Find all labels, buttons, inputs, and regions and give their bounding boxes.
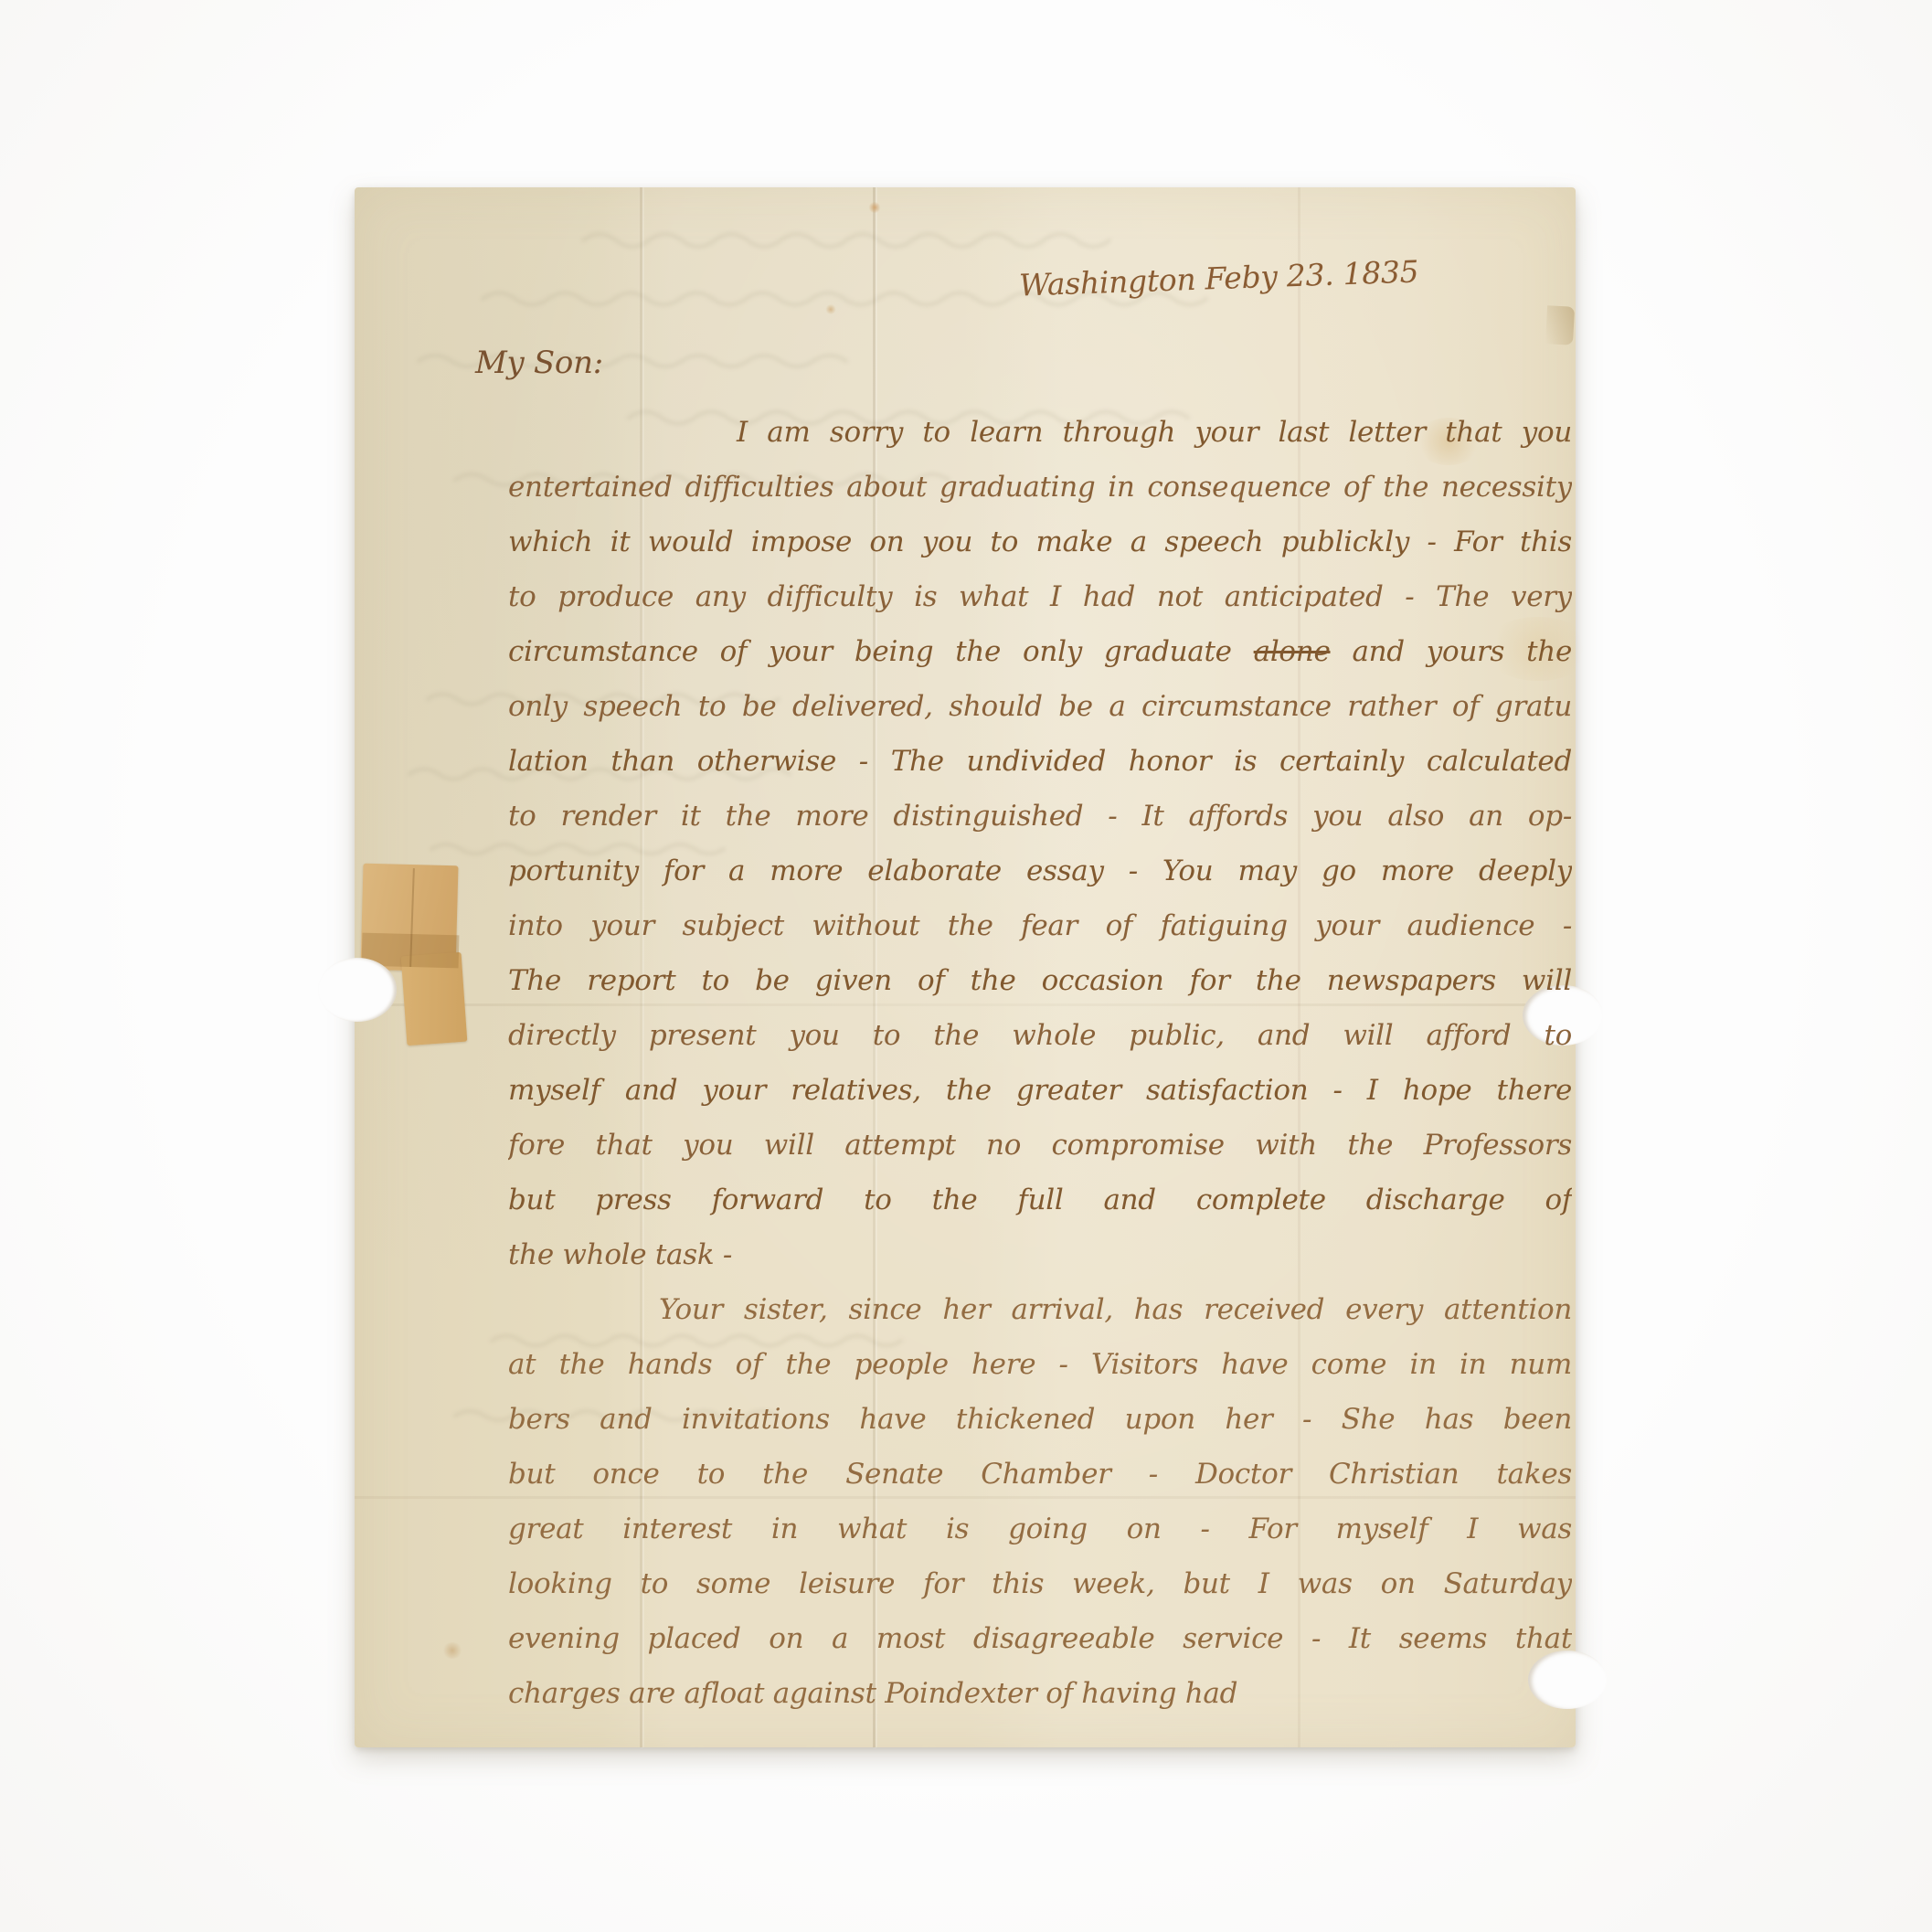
letter-line: The report to be given of the occasion f… — [508, 953, 1572, 1008]
letter-line: charges are afloat against Poindexter of… — [508, 1666, 1572, 1721]
letter-paper: Washington Feby 23. 1835 My Son: I am so… — [355, 187, 1576, 1747]
letter-line: lation than otherwise - The undivided ho… — [508, 734, 1572, 789]
letter-line: to produce any difficulty is what I had … — [508, 569, 1572, 624]
letter-line: bers and invitations have thickened upon… — [508, 1392, 1572, 1447]
photo-stage: Washington Feby 23. 1835 My Son: I am so… — [0, 0, 1932, 1932]
letter-line: to render it the more distinguished - It… — [508, 789, 1572, 844]
letter-line: but once to the Senate Chamber - Doctor … — [508, 1447, 1572, 1502]
letter-line: only speech to be delivered, should be a… — [508, 679, 1572, 734]
letter-line: looking to some leisure for this week, b… — [508, 1556, 1572, 1611]
tape-repair — [360, 865, 479, 1056]
letter-line: the whole task - — [508, 1227, 1572, 1282]
letter-line: myself and your relatives, the greater s… — [508, 1063, 1572, 1118]
letter-line: into your subject without the fear of fa… — [508, 898, 1572, 953]
letter-line: directly present you to the whole public… — [508, 1008, 1572, 1063]
letter-line: evening placed on a most disagreeable se… — [508, 1611, 1572, 1666]
letter-line: Your sister, since her arrival, has rece… — [508, 1282, 1572, 1337]
letter-line: but press forward to the full and comple… — [508, 1173, 1572, 1227]
letter-line: great interest in what is going on - For… — [508, 1502, 1572, 1556]
letter-line: which it would impose on you to make a s… — [508, 515, 1572, 569]
letter-line: fore that you will attempt no compromise… — [508, 1118, 1572, 1173]
letter-line: at the hands of the people here - Visito… — [508, 1337, 1572, 1392]
letter-line: circumstance of your being the only grad… — [508, 624, 1572, 679]
letter-line: I am sorry to learn through your last le… — [508, 405, 1572, 460]
edge-crimp — [1545, 305, 1575, 345]
torn-notch-left — [318, 958, 397, 1022]
letter-body: I am sorry to learn through your last le… — [508, 405, 1572, 1721]
letter-salutation: My Son: — [475, 345, 603, 381]
letter-line: entertained difficulties about graduatin… — [508, 460, 1572, 515]
letter-line: portunity for a more elaborate essay - Y… — [508, 844, 1572, 898]
